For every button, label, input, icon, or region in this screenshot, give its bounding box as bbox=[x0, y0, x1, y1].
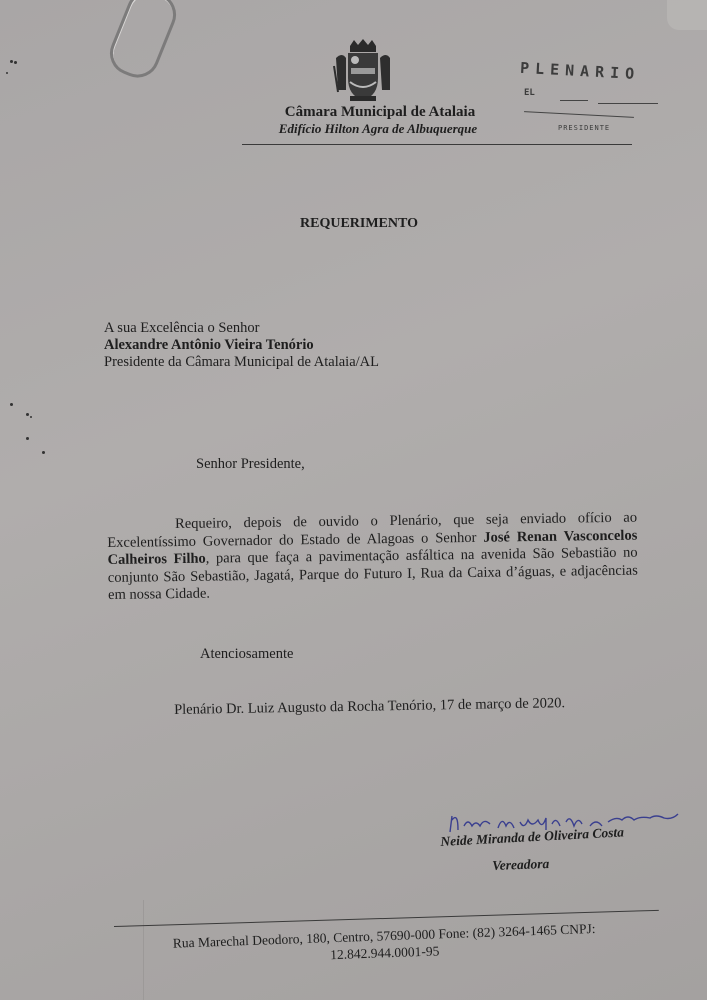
municipal-coat-of-arms-icon bbox=[328, 38, 398, 104]
signatory-role: Vereadora bbox=[492, 856, 550, 874]
footer: Rua Marechal Deodoro, 180, Centro, 57690… bbox=[164, 920, 605, 969]
building-name: Edifício Hilton Agra de Albuquerque bbox=[258, 121, 498, 137]
header-divider bbox=[242, 144, 632, 145]
paper-corner bbox=[667, 0, 707, 30]
salutation: Senhor Presidente, bbox=[196, 456, 305, 473]
recipient-role: Presidente da Câmara Municipal de Atalai… bbox=[104, 354, 379, 371]
place-date: Plenário Dr. Luiz Augusto da Rocha Tenór… bbox=[174, 695, 565, 719]
stamp-title: PLENARIO bbox=[520, 59, 641, 83]
page-fold-line bbox=[143, 900, 144, 1000]
document-title: REQUERIMENTO bbox=[300, 216, 418, 232]
closing: Atenciosamente bbox=[200, 646, 293, 663]
recipient-name: Alexandre Antônio Vieira Tenório bbox=[104, 337, 379, 354]
paperclip-icon bbox=[103, 0, 182, 84]
institution-name: Câmara Municipal de Atalaia bbox=[270, 104, 490, 121]
recipient-line1: A sua Excelência o Senhor bbox=[104, 320, 379, 337]
request-body: Requeiro, depois de ouvido o Plenário, q… bbox=[107, 510, 638, 605]
recipient-block: A sua Excelência o Senhor Alexandre Antô… bbox=[104, 320, 379, 371]
stamp-sub-label: PRESIDENTE bbox=[558, 124, 610, 132]
plenario-stamp: PLENARIO EL PRESIDENTE bbox=[520, 62, 640, 80]
stamp-line-label: EL bbox=[524, 88, 535, 98]
